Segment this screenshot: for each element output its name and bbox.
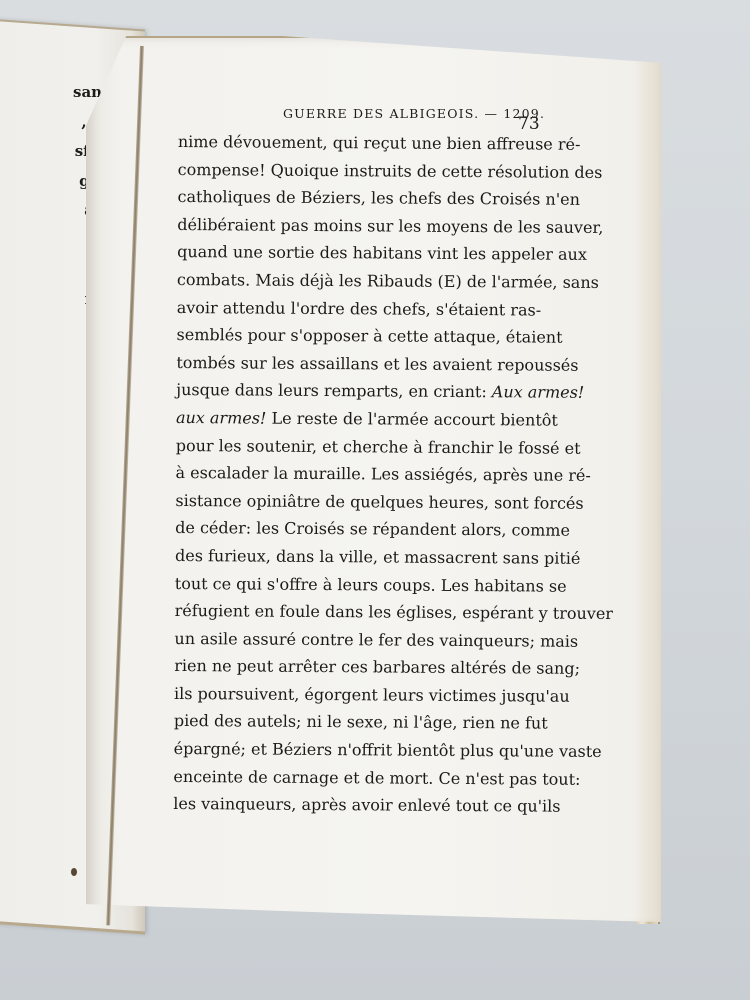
text-line: ils poursuivent, égorgent leurs victimes… bbox=[174, 680, 536, 710]
text-line: combats. Mais déjà les Ribauds (E) de l'… bbox=[177, 266, 539, 296]
body-text: nime dévouement, qui reçut une bien affr… bbox=[173, 128, 540, 820]
text-line: un asile assuré contre le fer des vainqu… bbox=[174, 625, 536, 655]
text-line: délibéraient pas moins sur les moyens de… bbox=[177, 211, 539, 241]
foxing-spot bbox=[71, 868, 77, 876]
text-line: compense! Quoique instruits de cette rés… bbox=[178, 156, 540, 186]
text-line: épargné; et Béziers n'offrit bientôt plu… bbox=[174, 735, 536, 765]
text-line: tout ce qui s'offre à leurs coups. Les h… bbox=[175, 569, 537, 599]
text-line: aux armes! Le reste de l'armée accourt b… bbox=[176, 404, 538, 434]
text-line: réfugient en foule dans les églises, esp… bbox=[175, 597, 537, 627]
text-line: rien ne peut arrêter ces barbares altéré… bbox=[174, 652, 536, 682]
text-line: à escalader la muraille. Les assiégés, a… bbox=[175, 459, 537, 489]
text-line: nime dévouement, qui reçut une bien affr… bbox=[178, 128, 540, 158]
text-line: tombés sur les assaillans et les avaient… bbox=[176, 349, 538, 379]
text-line: avoir attendu l'ordre des chefs, s'étaie… bbox=[177, 294, 539, 324]
text-line: pied des autels; ni le sexe, ni l'âge, r… bbox=[174, 707, 536, 737]
text-line: pour les soutenir, et cherche à franchir… bbox=[176, 432, 538, 462]
text-line: catholiques de Béziers, les chefs des Cr… bbox=[177, 183, 539, 213]
text-line: enceinte de carnage et de mort. Ce n'est… bbox=[173, 763, 535, 793]
text-line: de céder: les Croisés se répandent alors… bbox=[175, 514, 537, 544]
text-line: sistance opiniâtre de quelques heures, s… bbox=[175, 487, 537, 517]
text-line: les vainqueurs, après avoir enlevé tout … bbox=[173, 790, 535, 820]
text-line: des furieux, dans la ville, et massacren… bbox=[175, 542, 537, 572]
text-line: jusque dans leurs remparts, en criant: A… bbox=[176, 376, 538, 406]
text-line: semblés pour s'opposer à cette attaque, … bbox=[176, 321, 538, 351]
text-line: quand une sortie des habitans vint les a… bbox=[177, 238, 539, 268]
